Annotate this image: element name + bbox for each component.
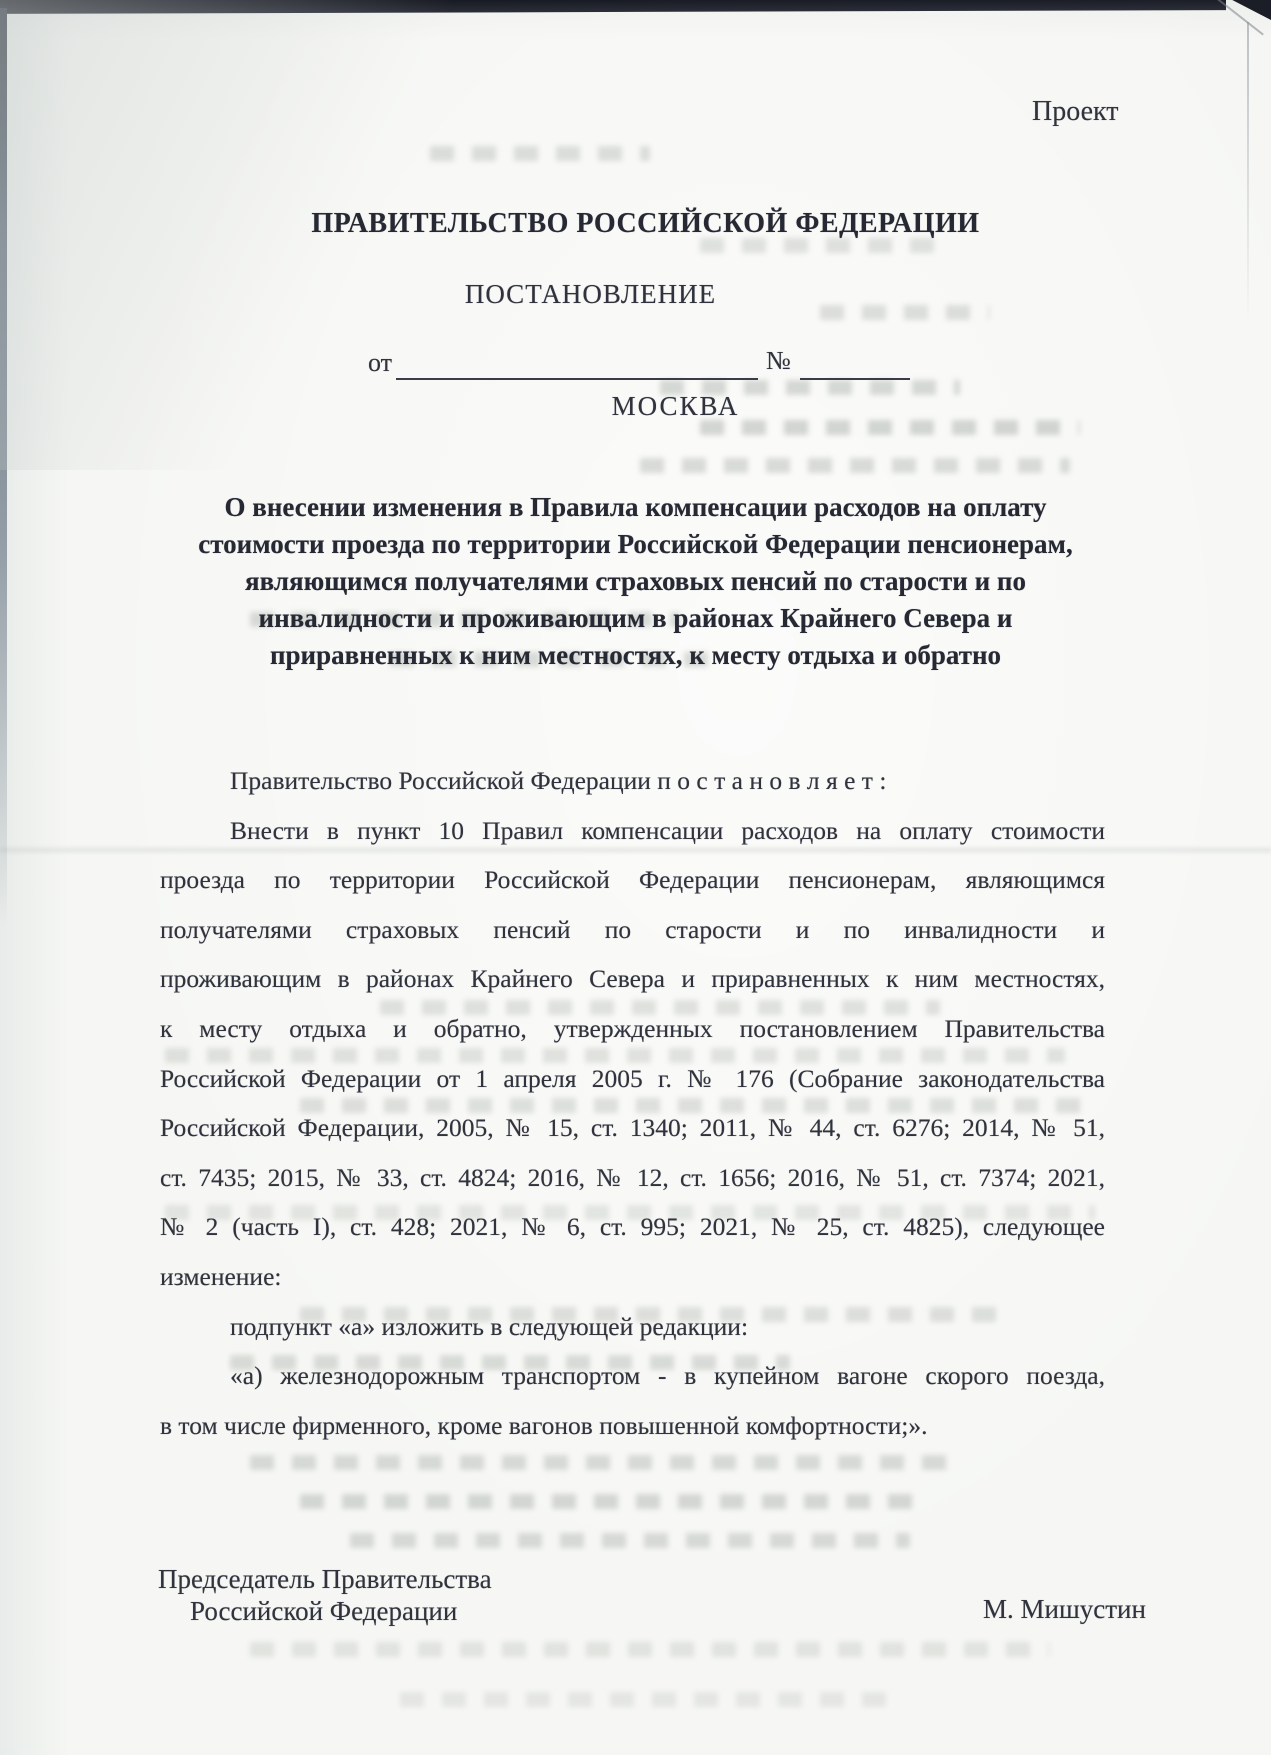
- signature-name: М. Мишустин: [983, 1594, 1146, 1625]
- bleedthrough-artifact: [700, 238, 940, 253]
- page-edge-shadow-left: [0, 8, 7, 928]
- body-line: проезда по территории Российской Федерац…: [160, 855, 1105, 905]
- body-line: Российской Федерации, 2005, № 15, ст. 13…: [160, 1103, 1105, 1153]
- authority-heading: ПРАВИТЕЛЬСТВО РОССИЙСКОЙ ФЕДЕРАЦИИ: [10, 208, 1271, 240]
- number-sign-label: №: [766, 346, 791, 376]
- bleedthrough-artifact: [250, 1642, 1050, 1657]
- bleedthrough-artifact: [300, 1494, 920, 1509]
- body-line: получателями страховых пенсий по старост…: [160, 905, 1105, 955]
- body-line: ст. 7435; 2015, № 33, ст. 4824; 2016, № …: [160, 1153, 1105, 1203]
- signature-post-line2: Российской Федерации: [190, 1596, 457, 1627]
- body-line: подпункт «а» изложить в следующей редакц…: [160, 1302, 1105, 1352]
- document-body: Правительство Российской Федерации п о с…: [160, 756, 1105, 1450]
- bleedthrough-artifact: [250, 1455, 950, 1470]
- title-line: являющимся получателями страховых пенсий…: [0, 563, 1271, 600]
- bleedthrough-artifact: [350, 1533, 910, 1548]
- body-line: Российской Федерации от 1 апреля 2005 г.…: [160, 1054, 1105, 1104]
- bleedthrough-artifact: [640, 458, 1070, 473]
- title-line: инвалидности и проживающим в районах Кра…: [0, 600, 1271, 637]
- scanner-top-band: [0, 0, 1226, 14]
- body-line: проживающим в районах Крайнего Севера и …: [160, 954, 1105, 1004]
- bleedthrough-artifact: [400, 1692, 900, 1707]
- date-blank-line: [396, 378, 758, 380]
- city-label: МОСКВА: [40, 391, 1271, 422]
- scanned-document-page: Проект ПРАВИТЕЛЬСТВО РОССИЙСКОЙ ФЕДЕРАЦИ…: [0, 0, 1271, 1755]
- document-title: О внесении изменения в Правила компенсац…: [0, 489, 1271, 674]
- date-prefix-label: от: [368, 348, 392, 378]
- signature-post-line1: Председатель Правительства: [158, 1564, 492, 1595]
- body-line: в том числе фирменного, кроме вагонов по…: [160, 1401, 1105, 1451]
- title-line: стоимости проезда по территории Российск…: [0, 526, 1271, 563]
- body-line: № 2 (часть I), ст. 428; 2021, № 6, ст. 9…: [160, 1202, 1105, 1252]
- number-blank-line: [800, 378, 910, 380]
- page-edge-line: [1247, 22, 1249, 322]
- date-number-row: от №: [0, 346, 1271, 388]
- title-line: приравненных к ним местностях, к месту о…: [0, 637, 1271, 674]
- document-type-heading: ПОСТАНОВЛЕНИЕ: [0, 279, 1226, 310]
- draft-label: Проект: [1032, 96, 1118, 128]
- title-line: О внесении изменения в Правила компенсац…: [0, 489, 1271, 526]
- body-line: Внести в пункт 10 Правил компенсации рас…: [160, 806, 1105, 856]
- body-line: Правительство Российской Федерации п о с…: [160, 756, 1105, 806]
- bleedthrough-artifact: [430, 146, 650, 161]
- body-line: к месту отдыха и обратно, утвержденных п…: [160, 1004, 1105, 1054]
- body-line: изменение:: [160, 1252, 1105, 1302]
- bleedthrough-artifact: [700, 420, 1080, 435]
- body-line: «а) железнодорожным транспортом - в купе…: [160, 1351, 1105, 1401]
